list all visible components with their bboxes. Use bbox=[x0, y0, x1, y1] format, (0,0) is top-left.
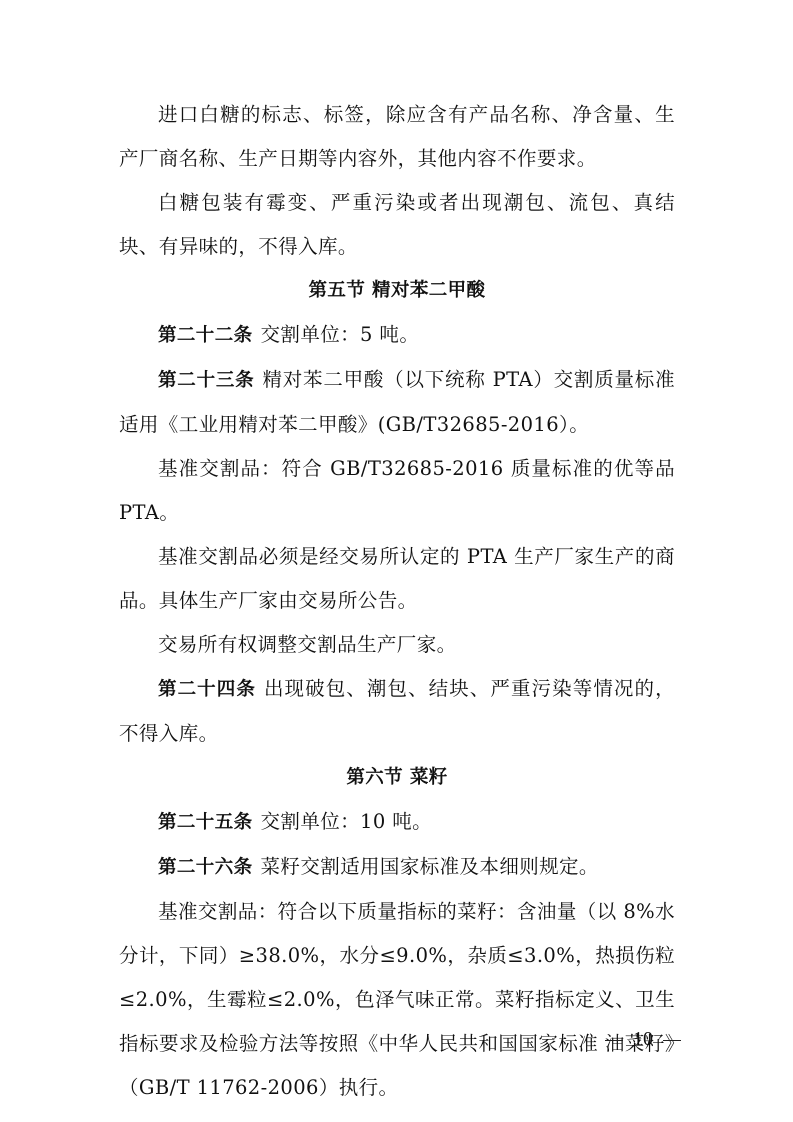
article-text: 交割单位：10 吨。 bbox=[261, 810, 433, 833]
article-label: 第二十四条 bbox=[158, 679, 256, 700]
dash-right bbox=[663, 1040, 681, 1041]
dash-left bbox=[605, 1040, 623, 1041]
article-label: 第二十五条 bbox=[158, 812, 253, 833]
article-25: 第二十五条交割单位：10 吨。 bbox=[119, 800, 675, 845]
paragraph-sugar-packaging: 白糖包装有霉变、严重污染或者出现潮包、流包、真结块、有异味的，不得入库。 bbox=[119, 181, 675, 269]
article-22: 第二十二条交割单位：5 吨。 bbox=[119, 313, 675, 358]
article-label: 第二十三条 bbox=[158, 370, 254, 391]
document-body: 进口白糖的标志、标签，除应含有产品名称、净含量、生产厂商名称、生产日期等内容外，… bbox=[119, 93, 675, 1110]
paragraph-pta-producers: 基准交割品必须是经交易所认定的 PTA 生产厂家生产的商品。具体生产厂家由交易所… bbox=[119, 535, 675, 623]
article-label: 第二十六条 bbox=[158, 857, 253, 878]
article-text: 菜籽交割适用国家标准及本细则规定。 bbox=[261, 855, 599, 878]
section-heading-pta: 第五节 精对苯二甲酸 bbox=[119, 269, 675, 313]
article-26: 第二十六条菜籽交割适用国家标准及本细则规定。 bbox=[119, 845, 675, 890]
paragraph-pta-adjust: 交易所有权调整交割品生产厂家。 bbox=[119, 623, 675, 667]
paragraph-sugar-label: 进口白糖的标志、标签，除应含有产品名称、净含量、生产厂商名称、生产日期等内容外，… bbox=[119, 93, 675, 181]
paragraph-rapeseed-benchmark: 基准交割品：符合以下质量指标的菜籽：含油量（以 8%水分计，下同）≥38.0%，… bbox=[119, 890, 675, 1110]
document-page: 进口白糖的标志、标签，除应含有产品名称、净含量、生产厂商名称、生产日期等内容外，… bbox=[0, 0, 793, 1122]
article-text: 交割单位：5 吨。 bbox=[261, 323, 420, 346]
page-number-value: 10 bbox=[633, 1028, 653, 1050]
article-23: 第二十三条精对苯二甲酸（以下统称 PTA）交割质量标准适用《工业用精对苯二甲酸》… bbox=[119, 358, 675, 447]
paragraph-pta-benchmark: 基准交割品：符合 GB/T32685-2016 质量标准的优等品 PTA。 bbox=[119, 447, 675, 535]
article-24: 第二十四条出现破包、潮包、结块、严重污染等情况的，不得入库。 bbox=[119, 667, 675, 756]
article-label: 第二十二条 bbox=[158, 325, 253, 346]
section-heading-rapeseed: 第六节 菜籽 bbox=[119, 756, 675, 800]
page-number: 10 bbox=[595, 1028, 691, 1051]
